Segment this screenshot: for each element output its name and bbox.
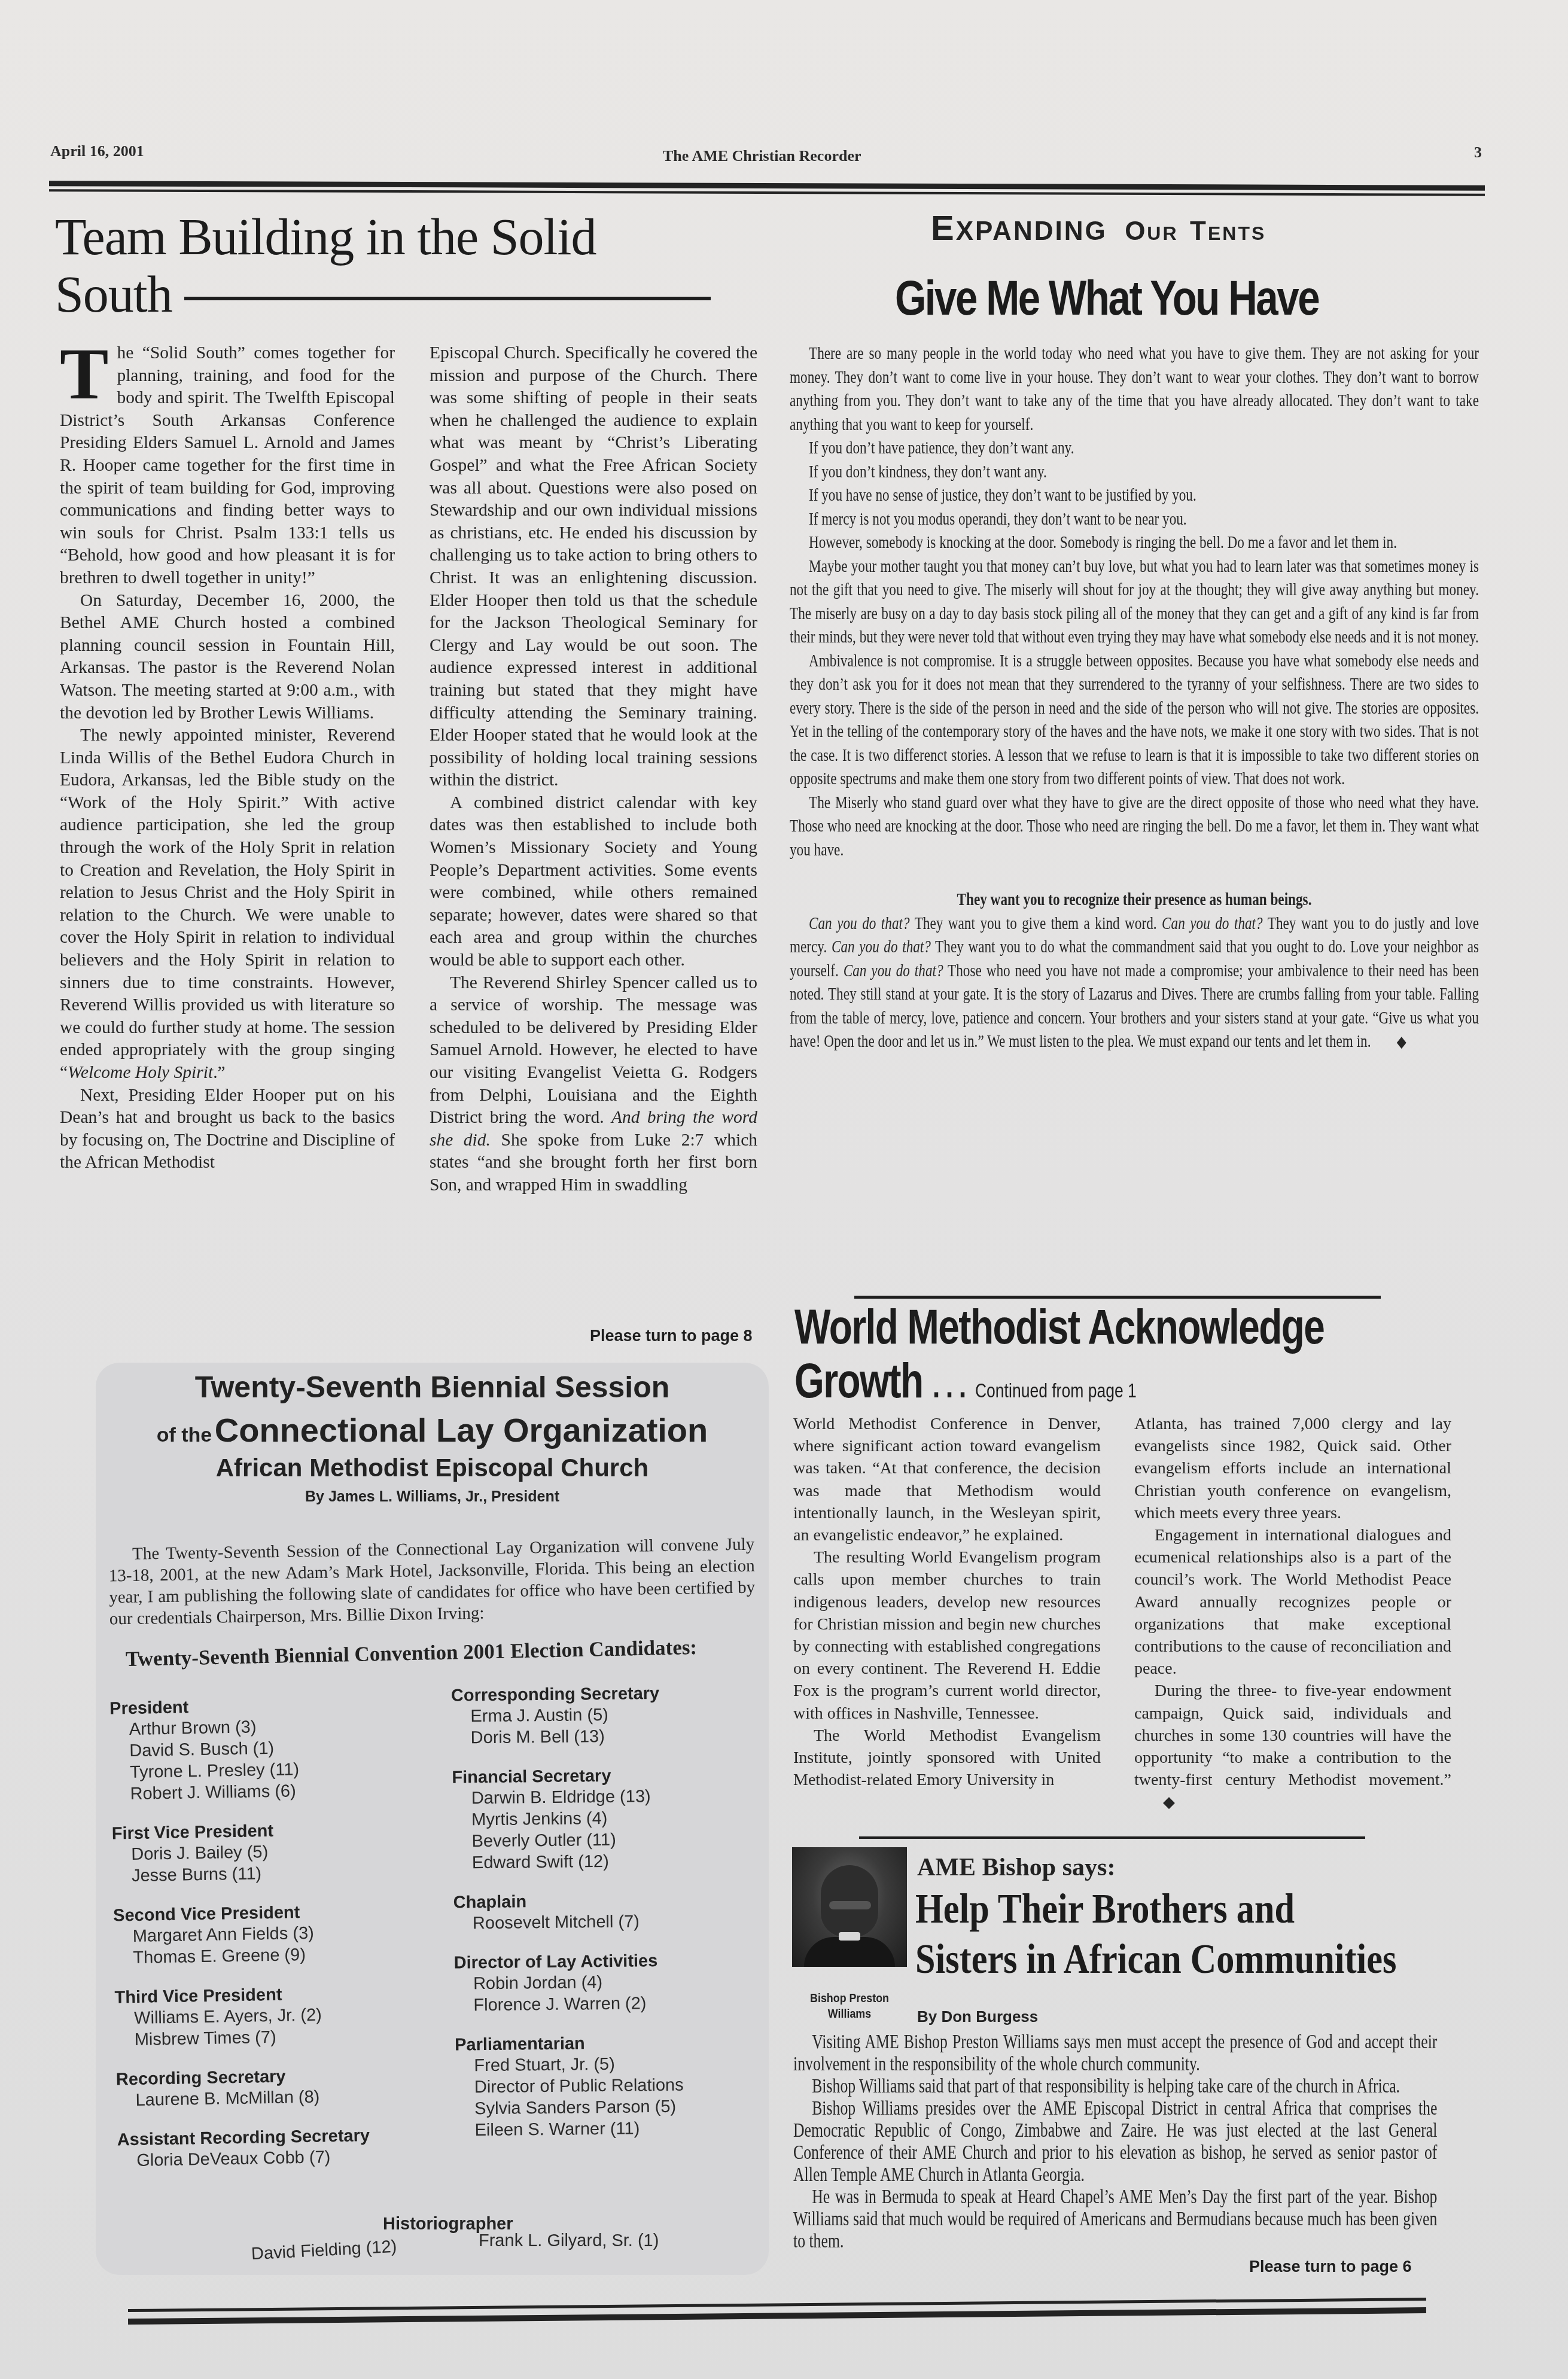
bishop-portrait-photo xyxy=(792,1847,907,1967)
paragraph: The Reverend Shirley Spencer called us t… xyxy=(430,972,757,1197)
candidate-group: President Arthur Brown (3) David S. Busc… xyxy=(109,1694,422,1805)
ame-bishop-kicker: AME Bishop says: xyxy=(917,1853,1115,1882)
paragraph: If you have no sense of justice, they do… xyxy=(790,484,1479,508)
paragraph: The Miserly who stand guard over what th… xyxy=(790,791,1479,863)
title-line-2: South xyxy=(55,266,172,323)
candidate-group: Parliamentarian Fred Stuart, Jr. (5) Dir… xyxy=(455,2032,755,2141)
candidate-group: Assistant Recording Secretary Gloria DeV… xyxy=(117,2125,428,2171)
photo-caption: Bishop Preston Williams xyxy=(799,1991,900,2022)
biennial-church-name: African Methodist Episcopal Church xyxy=(96,1454,769,1482)
candidate-group: Corresponding Secretary Erma J. Austin (… xyxy=(451,1683,751,1749)
paragraph: Episcopal Church. Specifically he covere… xyxy=(430,342,757,792)
paragraph: However, somebody is knocking at the doo… xyxy=(790,531,1479,555)
section-rule xyxy=(854,1296,1381,1299)
paragraph: If you don’t have patience, they don’t w… xyxy=(790,437,1479,461)
candidate-group: Chaplain Roosevelt Mitchell (7) xyxy=(453,1890,753,1934)
biennial-intro: The Twenty-Seventh Session of the Connec… xyxy=(108,1534,756,1630)
paragraph: Engagement in international dialogues an… xyxy=(1134,1524,1451,1680)
paragraph: He was in Bermuda to speak at Heard Chap… xyxy=(793,2186,1437,2253)
team-building-title: Team Building in the Solid South xyxy=(55,208,773,323)
end-mark-icon: ◆ xyxy=(1378,1030,1406,1054)
paragraph: Ambivalence is not compromise. It is a s… xyxy=(790,650,1479,791)
paragraph: Visiting AME Bishop Preston Williams say… xyxy=(793,2031,1437,2076)
biennial-session-box: Twenty-Seventh Biennial Session of the C… xyxy=(96,1363,769,2275)
paragraph: Bishop Williams presides over the AME Ep… xyxy=(793,2098,1437,2186)
turn-to-page-6-link[interactable]: Please turn to page 6 xyxy=(1249,2258,1412,2276)
world-methodist-title: World Methodist Acknowledge Growth . . .… xyxy=(794,1303,1324,1415)
paragraph: The resulting World Evangelism program c… xyxy=(793,1546,1101,1725)
paragraph: During the three- to five-year endowment… xyxy=(1134,1680,1451,1813)
paragraph: Maybe your mother taught you that money … xyxy=(790,555,1479,650)
page-number: 3 xyxy=(1474,144,1482,162)
continued-from-page-1-link[interactable]: Continued from page 1 xyxy=(975,1379,1137,1402)
turn-to-page-8-link[interactable]: Please turn to page 8 xyxy=(590,1327,753,1345)
drop-cap: T xyxy=(60,346,108,403)
biennial-title: Twenty-Seventh Biennial Session xyxy=(96,1370,769,1405)
paragraph: If you don’t kindness, they don’t want a… xyxy=(790,461,1479,485)
paragraph: The “Solid South” comes together for pla… xyxy=(60,342,395,590)
header-rule-thin xyxy=(49,189,1485,196)
end-mark-icon: ◆ xyxy=(1143,1791,1175,1813)
newspaper-page: April 16, 2001 The AME Christian Recorde… xyxy=(0,0,1568,2379)
paragraph: The newly appointed minister, Reverend L… xyxy=(60,724,395,1085)
paragraph: Can you do that? They want you to give t… xyxy=(790,912,1479,1054)
candidates-left-column: President Arthur Brown (3) David S. Busc… xyxy=(109,1694,429,2191)
world-methodist-col-1: World Methodist Conference in Denver, wh… xyxy=(793,1413,1101,1791)
give-me-what-you-have-title: Give Me What You Have xyxy=(895,270,1319,327)
candidate-group: Director of Lay Activities Robin Jordan … xyxy=(454,1950,754,2016)
paragraph: There are so many people in the world to… xyxy=(790,342,1479,437)
header-rule-thick xyxy=(49,181,1485,191)
candidate-group: Financial Secretary Darwin B. Eldridge (… xyxy=(452,1765,752,1874)
title-line-1: Team Building in the Solid xyxy=(55,208,773,266)
issue-date: April 16, 2001 xyxy=(50,142,144,160)
team-building-col-2: Episcopal Church. Specifically he covere… xyxy=(430,342,757,1197)
expanding-tents-body: There are so many people in the world to… xyxy=(790,342,1479,1054)
candidates-heading: Twenty-Seventh Biennial Convention 2001 … xyxy=(126,1635,698,1671)
ame-bishop-body: Visiting AME Bishop Preston Williams say… xyxy=(793,2031,1437,2253)
ame-bishop-byline: By Don Burgess xyxy=(917,2008,1038,2026)
candidate-group: Recording Secretary Laurene B. McMillan … xyxy=(116,2064,428,2111)
paragraph: On Saturday, December 16, 2000, the Beth… xyxy=(60,590,395,725)
expanding-our-tents-kicker: EXPANDING OUR TENTS xyxy=(931,208,1266,248)
biennial-subtitle: of the Connectional Lay Organization xyxy=(96,1411,769,1449)
paragraph: World Methodist Conference in Denver, wh… xyxy=(793,1413,1101,1546)
biennial-byline: By James L. Williams, Jr., President xyxy=(96,1488,769,1506)
candidate-name: Frank L. Gilyard, Sr. (1) xyxy=(479,2231,659,2251)
candidate-group: First Vice President Doris J. Bailey (5)… xyxy=(112,1818,424,1887)
team-building-col-1: The “Solid South” comes together for pla… xyxy=(60,342,395,1174)
paragraph: The World Methodist Evangelism Institute… xyxy=(793,1725,1101,1792)
candidate-name: David Fielding (12) xyxy=(251,2237,397,2265)
paragraph: Atlanta, has trained 7,000 clergy and la… xyxy=(1134,1413,1451,1524)
paragraph: If mercy is not you modus operandi, they… xyxy=(790,508,1479,532)
paragraph: Next, Presiding Elder Hooper put on his … xyxy=(60,1085,395,1174)
paragraph: Bishop Williams said that part of that r… xyxy=(793,2076,1437,2098)
paragraph: A combined district calendar with key da… xyxy=(430,792,757,972)
candidate-group: Second Vice President Margaret Ann Field… xyxy=(113,1900,425,1969)
subheading: They want you to recognize their presenc… xyxy=(790,888,1479,912)
candidate-group: Third Vice President Williams E. Ayers, … xyxy=(114,1982,427,2051)
title-rule xyxy=(184,297,711,300)
ame-bishop-title: Help Their Brothers and Sisters in Afric… xyxy=(915,1884,1396,1985)
candidates-right-column: Corresponding Secretary Erma J. Austin (… xyxy=(451,1683,755,2160)
section-rule xyxy=(859,1836,1365,1839)
publication-name: The AME Christian Recorder xyxy=(663,147,861,165)
world-methodist-col-2: Atlanta, has trained 7,000 clergy and la… xyxy=(1134,1413,1451,1814)
